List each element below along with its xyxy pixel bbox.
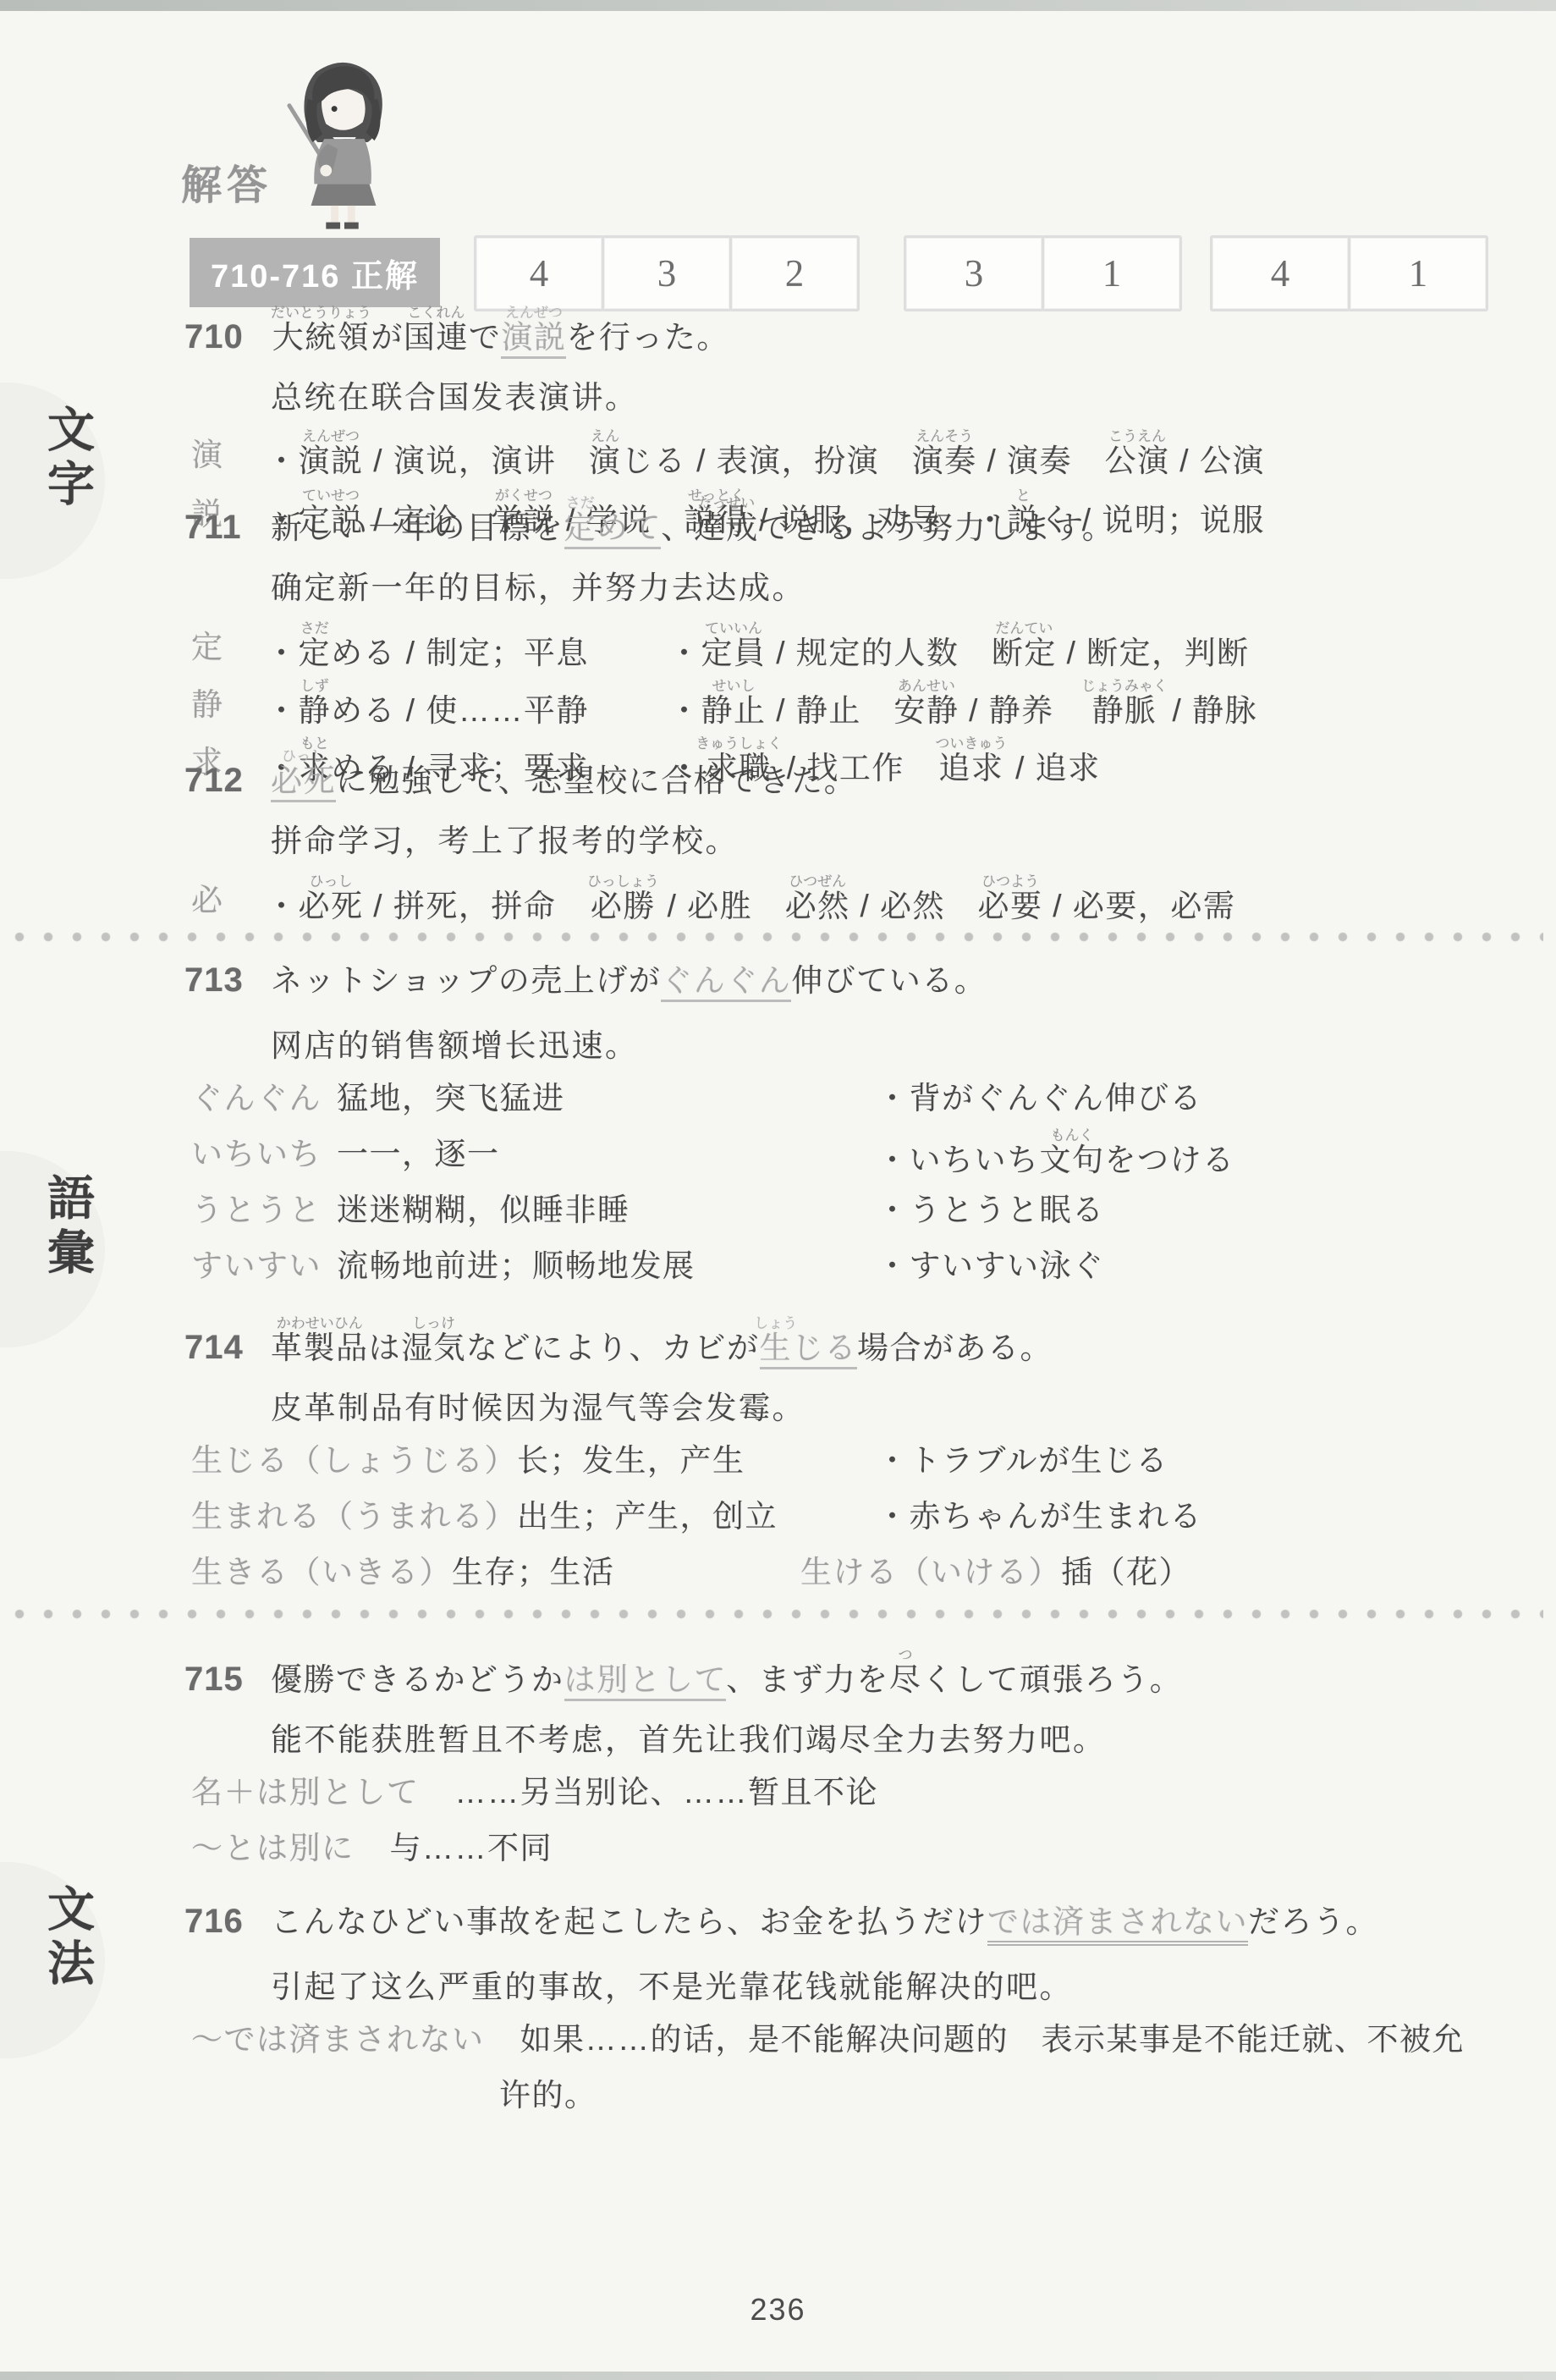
text-run: などにより、カビが [466,1330,760,1365]
furigana-word: 定員ていいん [701,636,767,670]
answer-cell: 4 [474,235,604,311]
text-run: / 演说，演讲 [364,443,589,478]
question-sentence-line: 711新しい一年の目標を定さだめて、達成たっせいできるよう努力します。 [184,495,1114,549]
vocab-column: 生きる（いきる）生存；生活 [191,1545,615,1600]
text-run: / 静脉 [1163,693,1257,728]
answer-bar: 710-716 正解 4323141 [0,234,1556,311]
page-title: 解答 [181,152,272,211]
furigana: ついきゅう [935,735,1007,752]
vocab-column: 生じる（しょうじる）长；发生，产生 [191,1434,745,1488]
text-run: できるよう努力します。 [759,510,1115,545]
text-run: 定 [564,510,597,545]
furigana-word: 追求ついきゅう [937,751,1005,785]
answer-cell-group: 41 [1210,235,1486,311]
text-run: 公演 [1105,443,1170,478]
vocab-column: ・うとうと眠る [877,1183,1105,1237]
answer-highlight: 演説えんぜつ [501,320,566,359]
answer-cell: 3 [602,235,732,311]
vocab-column: ・いちいち文句もんくをつける [877,1127,1235,1187]
furigana-word: 公演こうえん [1105,443,1170,478]
text-run: 如果……的话，是不能解决问题的 表示某事是不能迁就、不被允 [520,2022,1465,2057]
furigana-word: 必死ひっし [299,889,364,923]
text-run: 生ける（いける） [800,1555,1061,1589]
furigana: えん [589,428,622,444]
furigana: えんそう [912,428,977,444]
text-run: / 断定，判断 [1057,636,1250,670]
furigana-word: 必然ひつぜん [785,889,850,923]
vocab-column: ・定さだめる / 制定；平息 [266,620,589,680]
answer-cell: 3 [904,235,1044,311]
text-run: 流畅地前进；顺畅地发展 [337,1248,696,1283]
text-run: くして頑張ろう。 [921,1662,1182,1697]
answer-cell-group: 31 [904,235,1179,311]
text-run: ……另当别论、……暂且不论 [455,1775,879,1810]
question-sentence-line: 714革製品かわせいひんは湿気しっけなどにより、カビが生しょうじる場合がある。 [184,1315,1053,1369]
text-run: 必要 [978,889,1043,923]
text-run: / 公演 [1170,443,1265,478]
answer-cell: 4 [1210,235,1350,311]
chinese-translation: 皮革制品有时候因为湿气等会发霉。 [271,1381,805,1435]
chinese-translation: 网店的销售额增长迅速。 [271,1019,639,1073]
vocab-column: ・静止せいし / 静止 安静あんせい / 静养 静脈じょうみゃく / 静脉 [668,678,1257,738]
question-number: 715 [184,1652,271,1706]
sidebar-tab-bunpou: 文法 [34,1884,102,1992]
furigana: たっせい [694,495,759,511]
dotted-separator [14,1608,1543,1620]
furigana: えんぜつ [299,428,364,444]
vocab-column: 生まれる（うまれる）出生；产生，创立 [191,1490,778,1544]
text-run: は [369,1330,402,1365]
text-run: が [371,320,404,355]
furigana-word: 静止せいし [701,693,767,728]
question-sentence: 大統領だいとうりょうが国連こくれんで演説えんぜつを行った。 [271,320,729,359]
chinese-translation: 确定新一年的目标，并努力去达成。 [271,561,805,615]
question-number: 710 [184,310,271,364]
text-run: ネットショップの売上げが [271,963,661,998]
text-run: 優勝できるかどうか [271,1662,564,1697]
text-run: 迷迷糊糊，似睡非睡 [337,1193,630,1227]
furigana: ひっしょう [587,873,659,890]
text-run: 与……不同 [390,1831,553,1865]
furigana-word: 安静あんせい [893,693,959,728]
text-run: / 拼死，拼命 [364,889,589,923]
furigana: ひつぜん [785,873,850,890]
vocab-column: ・必死ひっし / 拼死，拼命 必勝ひっしょう / 必胜 必然ひつぜん / 必然 … [266,873,1235,934]
vocab-column: 生ける（いける）插（花） [800,1545,1191,1600]
kanji-label: 演 [191,428,224,482]
text-run: / 必要，必需 [1043,889,1236,923]
text-run: すいすい [191,1239,337,1293]
furigana-word: 断定だんてい [992,636,1057,670]
text-run: ・うとうと眠る [877,1193,1105,1227]
text-run: / 必胜 [657,889,785,923]
furigana: ひつよう [978,873,1043,890]
text-run: 猛地，突飞猛进 [337,1081,565,1116]
question-number: 712 [184,753,271,807]
vocab-column: うとうと迷迷糊糊，似睡非睡 [191,1183,630,1237]
furigana: さだ [299,620,332,636]
text-run: 许的。 [499,2078,597,2113]
furigana: えんぜつ [501,305,566,321]
text-run: 静 [299,693,332,728]
vocab-column: 许的。 [499,2069,597,2123]
text-run: 生 [754,1330,797,1365]
kanji-label: 必 [191,873,224,928]
text-run: ・ [266,636,299,670]
text-run: 静脈 [1081,693,1168,728]
text-run: / 静止 [767,693,894,728]
vocab-column: 名＋は別として……另当别论、……暂且不论 [191,1766,878,1820]
text-run: ・ [266,443,299,478]
text-run: 出生；产生，创立 [517,1499,778,1534]
vocab-column: ～とは別に与……不同 [191,1821,553,1876]
answer-highlight: 生しょう [760,1330,793,1369]
question-number: 714 [184,1320,271,1375]
question-sentence: ネットショップの売上げがぐんぐん伸びている。 [271,963,987,1002]
kanji-label: 静 [191,678,224,732]
furigana-word: 尽つ [889,1662,922,1697]
text-run: 尽 [889,1662,922,1697]
text-run: 生じる（しょうじる） [191,1443,517,1478]
answer-highlight: 必死ひっし [271,763,336,802]
question-sentence-line: 716こんなひどい事故を起こしたら、お金を払うだけでは済まされないだろう。 [184,1894,1378,1948]
furigana: さだ [564,495,597,511]
text-run: で [469,320,502,355]
vocab-column: ・定員ていいん / 规定的人数 断定だんてい / 断定，判断 [668,620,1250,680]
text-run: 湿気 [401,1330,466,1365]
answer-cell: 2 [729,235,860,311]
furigana: しっけ [401,1315,466,1331]
answer-highlight: では済まされない [987,1904,1248,1946]
chinese-translation: 总统在联合国发表演讲。 [271,371,639,425]
text-run: だろう。 [1248,1904,1378,1939]
answer-highlight: は別として [564,1662,727,1701]
text-run: に勉強して、志望校に合格できた。 [336,763,856,798]
question-number: 711 [184,500,271,554]
furigana: あんせい [893,678,959,694]
furigana-word: 静脈じょうみゃく [1086,693,1163,728]
mascot-girl-icon [284,54,401,235]
text-run: じる / 表演，扮演 [621,443,911,478]
question-sentence-line: 713ネットショップの売上げがぐんぐん伸びている。 [184,953,987,1007]
sidebar-tab-moji: 文字 [34,405,102,513]
vocab-column: ～では済まされない如果……的话，是不能解决问题的 表示某事是不能迁就、不被允 [191,2013,1465,2067]
text-run: 演説 [501,320,566,355]
text-run: 必死 [299,889,364,923]
text-run: うとうと [191,1183,337,1237]
furigana-word: 達成たっせい [694,510,759,545]
text-run: / 必然 [850,889,978,923]
answer-cell-group: 432 [474,235,857,311]
furigana: ていいん [701,620,767,636]
text-run: ・ [668,636,701,670]
furigana: しょう [754,1315,797,1331]
furigana-word: 定さだ [299,636,332,670]
text-run: 演奏 [912,443,977,478]
text-run: める / 使……平静 [331,693,589,728]
text-run: ・背がぐんぐん伸びる [877,1081,1202,1116]
text-run: ・ [266,693,299,728]
text-run: ～では済まされない [191,2022,485,2057]
furigana: こくれん [404,305,469,321]
furigana: ひっし [271,748,336,764]
text-run: 断定 [992,636,1057,670]
question-number: 713 [184,953,271,1007]
text-run: ・いちいち [877,1143,1040,1177]
furigana: ひっし [299,873,364,890]
text-run: ・すいすい泳ぐ [877,1248,1105,1283]
page-bottom-edge [0,2372,1556,2380]
text-run: ・トラブルが生じる [877,1443,1168,1478]
furigana: しず [299,678,332,694]
furigana-word: 必勝ひっしょう [589,889,657,923]
chinese-translation: 拼命学习，考上了报考的学校。 [271,814,739,868]
question-sentence-line: 712必死ひっしに勉強して、志望校に合格できた。 [184,748,856,802]
text-run: 生存；生活 [452,1555,615,1589]
text-run: 革製品 [271,1330,369,1365]
page-number: 236 [0,2292,1556,2328]
text-run: いちいち [191,1127,337,1182]
question-sentence: 新しい一年の目標を定さだめて、達成たっせいできるよう努力します。 [271,510,1114,549]
furigana: かわせいひん [271,1315,369,1331]
chinese-translation: 引起了这么严重的事故，不是光靠花钱就能解决的吧。 [271,1960,1073,2014]
text-run: 必勝 [587,889,659,923]
furigana-word: 静しず [299,693,332,728]
text-run: 插（花） [1061,1555,1191,1589]
answer-cell: 1 [1348,235,1488,311]
text-run: ・ [266,889,299,923]
text-run: をつける [1105,1143,1235,1177]
text-run: 、まず力を [726,1662,889,1697]
furigana-word: 文句もんく [1040,1143,1105,1177]
question-sentence: 優勝できるかどうかは別として、まず力を尽つくして頑張ろう。 [271,1662,1182,1701]
text-run: 必然 [785,889,850,923]
furigana: こうえん [1105,428,1170,444]
furigana: だいとうりょう [271,305,371,321]
furigana-word: 大統領だいとうりょう [271,320,371,355]
kanji-label: 定 [191,620,224,675]
vocab-column: ・トラブルが生じる [877,1434,1168,1488]
answer-highlight: めて [597,510,661,549]
vocab-column: いちいち一一，逐一 [191,1127,500,1182]
text-run: 大統領 [271,320,371,355]
text-run: / 演奏 [977,443,1105,478]
text-run: 演 [589,443,622,478]
text-run: / 追求 [1005,751,1100,785]
text-run: 演説 [299,443,364,478]
vocab-column: すいすい流畅地前进；顺畅地发展 [191,1239,696,1293]
furigana: もんく [1040,1127,1105,1143]
answer-highlight: 定さだ [564,510,597,549]
furigana-word: 革製品かわせいひん [271,1330,369,1365]
text-run: 生まれる（うまれる） [191,1499,517,1534]
vocab-column: ・赤ちゃんが生まれる [877,1490,1202,1544]
furigana: だんてい [992,620,1057,636]
furigana: せいし [701,678,767,694]
text-run: 一一，逐一 [337,1137,500,1171]
answer-highlight: ぐんぐん [661,963,791,1002]
text-run: ～とは別に [191,1831,355,1865]
sidebar-tab-goi: 語彙 [34,1173,102,1281]
vocab-column: ・静しずめる / 使……平静 [266,678,589,738]
textbook-answer-page: { "page": {"page_number": "236"}, "heade… [0,0,1556,2380]
answer-highlight: じる [792,1330,857,1369]
furigana-word: 演えん [589,443,622,478]
text-run: 长；发生，产生 [517,1443,745,1478]
question-sentence-line: 710大統領だいとうりょうが国連こくれんで演説えんぜつを行った。 [184,305,729,359]
text-run: める / 制定；平息 [331,636,589,670]
text-run: を行った。 [566,320,729,355]
text-run: 名＋は別として [191,1775,420,1810]
page-top-edge [0,0,1556,11]
text-run: 伸びている。 [791,963,987,998]
furigana: つ [889,1647,922,1663]
furigana-word: 演奏えんそう [912,443,977,478]
text-run: 場合がある。 [857,1330,1053,1365]
question-number: 716 [184,1894,271,1948]
text-run: 生きる（いきる） [191,1555,452,1589]
vocab-column: ・演説えんぜつ / 演说，演讲 演えんじる / 表演，扮演 演奏えんそう / 演… [266,428,1265,488]
text-run: / 静养 [959,693,1086,728]
question-sentence: 必死ひっしに勉強して、志望校に合格できた。 [271,763,856,802]
question-sentence: 革製品かわせいひんは湿気しっけなどにより、カビが生しょうじる場合がある。 [271,1330,1053,1369]
vocab-column: ぐんぐん猛地，突飞猛进 [191,1072,565,1126]
question-sentence-line: 715優勝できるかどうかは別として、まず力を尽つくして頑張ろう。 [184,1647,1182,1701]
text-run: 文句 [1040,1143,1105,1177]
text-run: 国連 [404,320,469,355]
question-sentence: こんなひどい事故を起こしたら、お金を払うだけでは済まされないだろう。 [271,1904,1378,1946]
text-run: 必死 [271,763,336,798]
text-run: / 规定的人数 [767,636,992,670]
vocab-column: ・すいすい泳ぐ [877,1239,1105,1293]
text-run: 定員 [701,636,767,670]
answer-bar-label: 710-716 正解 [190,238,440,307]
answer-cell: 1 [1042,235,1182,311]
furigana-word: 演説えんぜつ [299,443,364,478]
text-run: ・赤ちゃんが生まれる [877,1499,1202,1534]
vocab-column: ・背がぐんぐん伸びる [877,1072,1202,1126]
furigana-word: 湿気しっけ [401,1330,466,1365]
text-run: 達成 [694,510,759,545]
text-run: ぐんぐん [191,1072,337,1126]
text-run: 安静 [893,693,959,728]
text-run: 追求 [935,751,1007,785]
text-run: ・ [668,693,701,728]
furigana: じょうみゃく [1081,678,1168,694]
furigana-word: 国連こくれん [404,320,469,355]
text-run: 定 [299,636,332,670]
text-run: 、 [661,510,694,545]
text-run: 新しい一年の目標を [271,510,564,545]
chinese-translation: 能不能获胜暂且不考虑，首先让我们竭尽全力去努力吧。 [271,1713,1107,1767]
furigana-word: 必要ひつよう [978,889,1043,923]
text-run: こんなひどい事故を起こしたら、お金を払うだけ [271,1904,987,1939]
text-run: 静止 [701,693,767,728]
